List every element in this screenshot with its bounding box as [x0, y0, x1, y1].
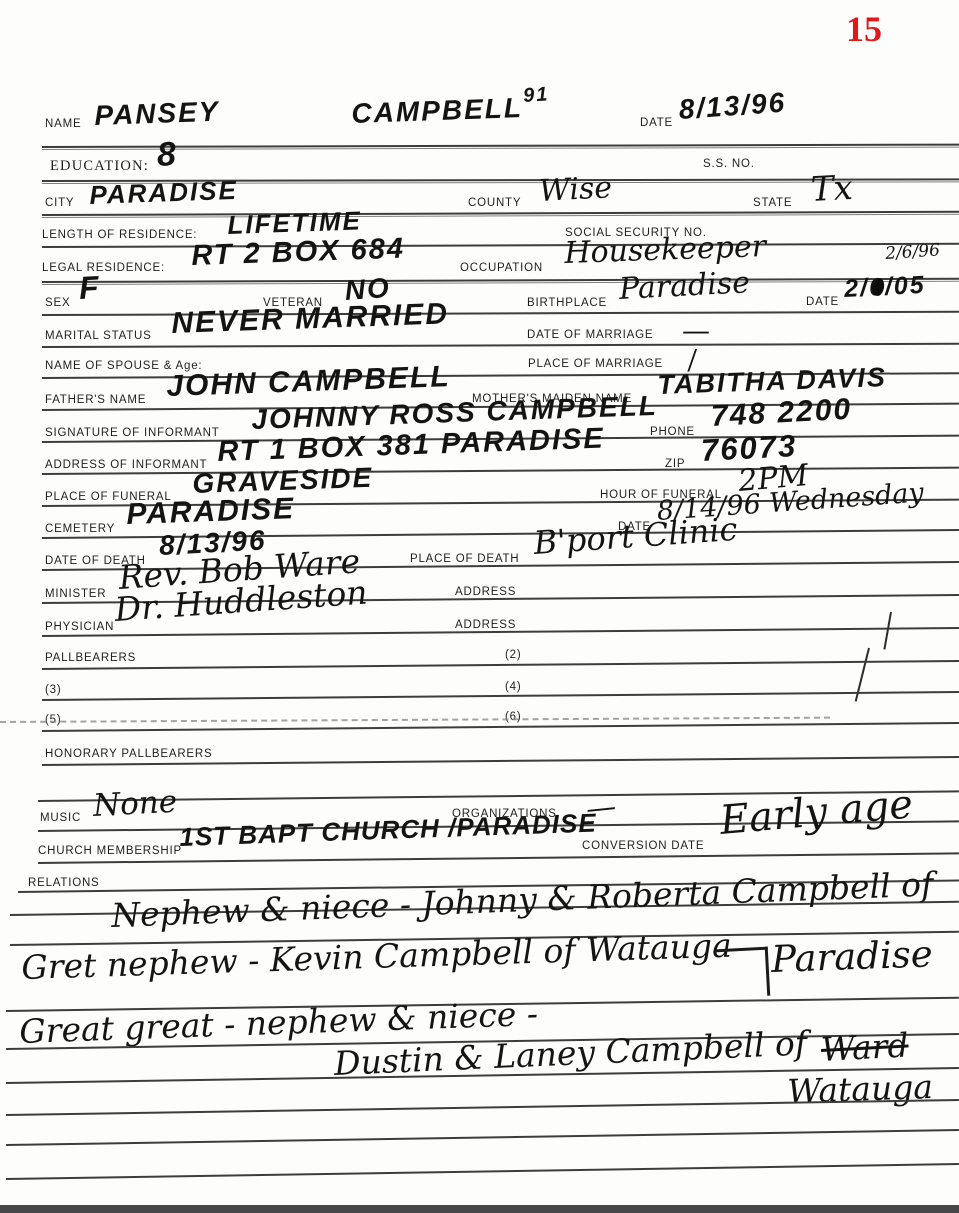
rule-line [6, 1163, 959, 1180]
date-of-marriage-label: DATE OF MARRIAGE [527, 329, 653, 341]
pallbearers-label: PALLBEARERS [45, 652, 136, 664]
rule-line [42, 343, 959, 348]
rule-line [42, 660, 959, 670]
county-value: Wise [538, 170, 613, 209]
birthplace-label: BIRTHPLACE [527, 297, 607, 309]
rule-line [42, 243, 959, 248]
date-of-marriage-value: — [682, 314, 710, 347]
pallbearer-slot-4: (4) [505, 681, 521, 693]
name-label: NAME [45, 118, 81, 130]
relations-label: RELATIONS [28, 877, 100, 889]
pen-stroke [883, 612, 892, 650]
rule-line [42, 691, 959, 701]
occupation-value: Housekeeper [564, 229, 767, 271]
minister-address-label: ADDRESS [455, 586, 516, 598]
county-label: COUNTY [468, 197, 521, 209]
place-of-death-value: B'port Clinic [532, 510, 738, 562]
education-label: EDUCATION: [50, 158, 149, 175]
rule-line [42, 144, 959, 148]
city-label: CITY [45, 197, 74, 209]
relations-line-2-place: Paradise [770, 932, 933, 981]
rule-line [42, 211, 959, 216]
church-membership-value: 1st Bapt Church /Paradise [179, 807, 597, 853]
fathers-name-label: FATHER'S NAME [45, 394, 146, 406]
pallbearer-slot-3: (3) [45, 684, 61, 696]
informant-address-label: ADDRESS OF INFORMANT [45, 459, 207, 471]
fathers-name-value: John Campbell [166, 360, 451, 404]
physician-label: PHYSICIAN [45, 621, 114, 633]
sex-label: SEX [45, 297, 70, 309]
marital-status-value: Never Married [171, 297, 450, 341]
page-number: 15 [846, 8, 882, 50]
name-last-value: Campbell [351, 92, 524, 130]
record-date-label: DATE [640, 117, 673, 129]
informant-signature-label: SIGNATURE OF INFORMANT [45, 427, 220, 439]
conversion-date-value: Early age [718, 781, 915, 844]
music-value: None [92, 784, 178, 824]
relations-line-4-struck-word: Ward [820, 1025, 910, 1069]
education-value: 8 [156, 135, 179, 175]
rule-line [6, 1129, 959, 1146]
state-label: STATE [753, 197, 792, 209]
pallbearer-slot-2: (2) [505, 649, 521, 661]
occupation-label: OCCUPATION [460, 262, 543, 274]
pallbearer-slot-6: (6) [505, 711, 521, 723]
physician-address-label: ADDRESS [455, 619, 516, 631]
place-of-death-label: PLACE OF DEATH [410, 553, 519, 565]
scan-edge-bar [0, 1205, 959, 1213]
length-of-residence-label: LENGTH OF RESIDENCE: [42, 229, 197, 241]
marital-status-label: MARITAL STATUS [45, 330, 152, 342]
cemetery-value: Paradise [126, 492, 296, 532]
relations-line-2: Gret nephew - Kevin Campbell of Watauga [21, 926, 732, 987]
place-of-marriage-label: PLACE OF MARRIAGE [528, 358, 663, 370]
honorary-pallbearers-label: HONORARY PALLBEARERS [45, 748, 212, 760]
relations-line-1: Nephew & niece - Johnny & Roberta Campbe… [111, 864, 934, 935]
name-first-value: Pansey [94, 96, 220, 132]
birth-date-value: 2/6/05 [843, 271, 926, 304]
scan-artifact-line [0, 717, 830, 723]
funeral-record-page: 15 NAME Pansey Campbell 91 DATE 8/13/96 … [0, 0, 959, 1213]
city-value: Paradise [89, 175, 238, 211]
rule-line [42, 278, 959, 283]
rule-line [42, 722, 959, 732]
legal-residence-value: Rt 2 Box 684 [191, 233, 406, 273]
minister-label: MINISTER [45, 588, 106, 600]
relations-line-5: Watauga [787, 1067, 934, 1111]
pen-bracket [715, 947, 770, 999]
state-value: Tx [810, 168, 854, 210]
ss-no-label: S.S. NO. [703, 158, 755, 170]
sex-value: F [78, 269, 101, 307]
occupation-date-note: 2/6/96 [885, 240, 941, 264]
music-label: MUSIC [40, 812, 81, 824]
conversion-date-label: CONVERSION DATE [582, 840, 704, 852]
birth-date-label: DATE [806, 296, 839, 308]
birthplace-value: Paradise [618, 265, 751, 307]
mothers-maiden-name-value: Tabitha Davis [657, 362, 887, 401]
cemetery-label: CEMETERY [45, 523, 115, 535]
legal-residence-label: LEGAL RESIDENCE: [42, 262, 165, 274]
record-date-value: 8/13/96 [678, 87, 787, 126]
age-note-value: 91 [522, 83, 550, 108]
church-membership-label: CHURCH MEMBERSHIP [38, 845, 182, 857]
